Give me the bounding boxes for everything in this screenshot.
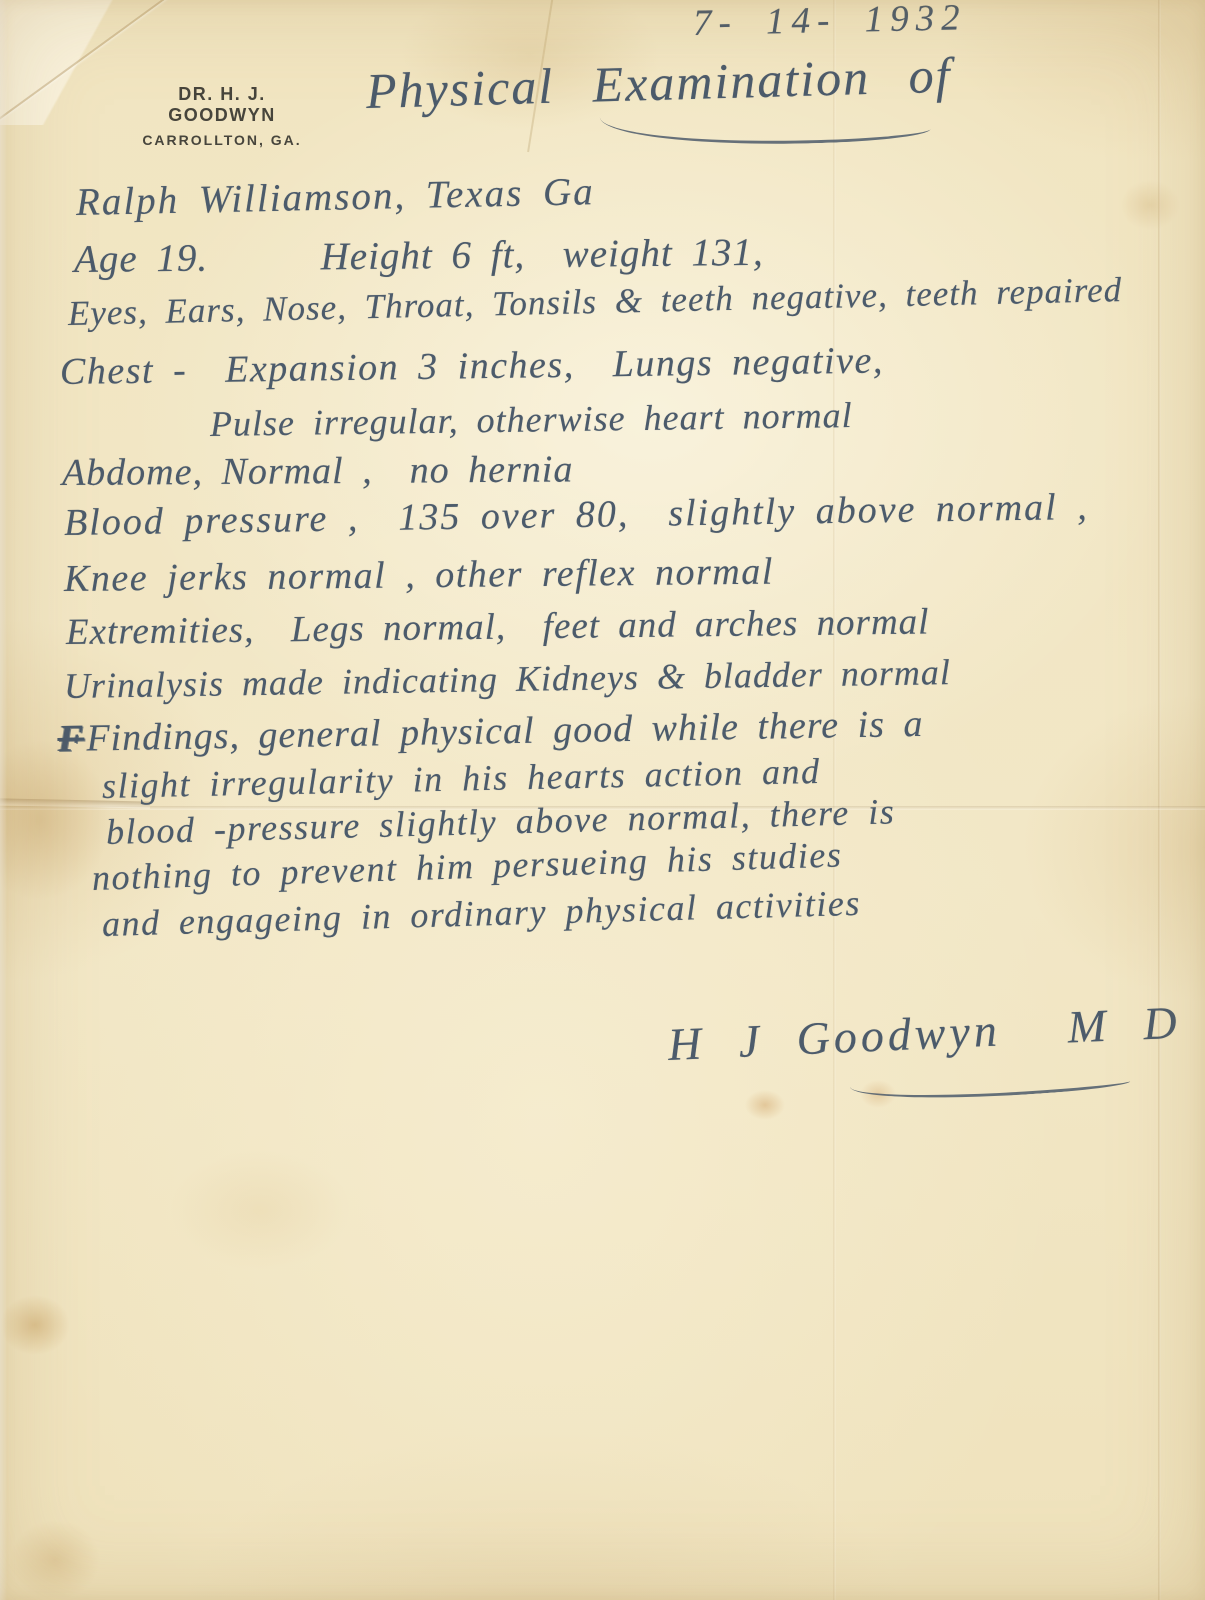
body-line-pulse: Pulse irregular, otherwise heart normal xyxy=(210,394,853,445)
pen-flourish-title xyxy=(599,90,931,150)
paper-stain xyxy=(10,1520,100,1600)
body-line-knee-jerks: Knee jerks normal , other reflex normal xyxy=(64,550,774,601)
fold-crease-right xyxy=(1158,0,1161,1600)
body-line-abdomen: Abdome, Normal , no hernia xyxy=(62,447,574,495)
document-page: 7- 14- 1932 DR. H. J. GOODWYN CARROLLTON… xyxy=(0,0,1205,1600)
paper-stain xyxy=(0,1295,70,1355)
letterhead: DR. H. J. GOODWYN CARROLLTON, GA. xyxy=(122,84,322,148)
scratched-letter: F xyxy=(58,718,85,760)
body-line-extremities: Extremities, Legs normal, feet and arche… xyxy=(66,600,930,654)
body-line-patient-name: Ralph Williamson, Texas Ga xyxy=(76,169,596,225)
paper-stain xyxy=(1120,180,1180,230)
paper-stain xyxy=(745,1090,785,1120)
body-line-chest: Chest - Expansion 3 inches, Lungs negati… xyxy=(60,338,884,393)
letterhead-doctor-name: DR. H. J. GOODWYN xyxy=(122,84,322,126)
date: 7- 14- 1932 xyxy=(693,0,967,45)
paper-stain xyxy=(170,1150,350,1270)
paper-edge xyxy=(0,0,7,1600)
letterhead-location: CARROLLTON, GA. xyxy=(122,132,322,148)
pen-flourish-signature xyxy=(849,1058,1130,1106)
body-line-age-height: Age 19. Height 6 ft, weight 131, xyxy=(74,230,764,282)
body-line-urinalysis: Urinalysis made indicating Kidneys & bla… xyxy=(64,651,952,707)
